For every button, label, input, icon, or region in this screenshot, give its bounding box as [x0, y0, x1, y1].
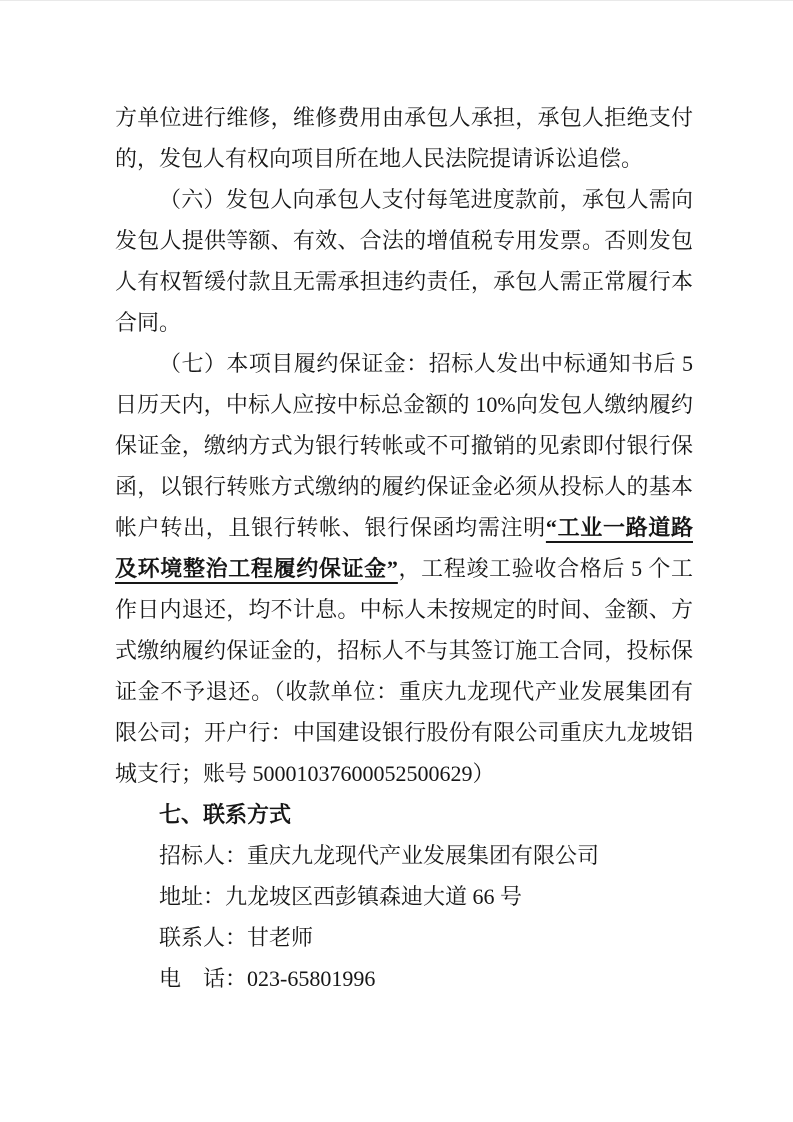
contact-line-phone: 电 话：023-65801996 — [115, 958, 693, 999]
document-content: 方单位进行维修，维修费用由承包人承担，承包人拒绝支付的，发包人有权向项目所在地人… — [115, 97, 693, 999]
section-heading-contact-info: 七、联系方式 — [115, 794, 693, 835]
page-top-edge — [0, 0, 793, 1]
paragraph-clause-seven-performance-bond: （七）本项目履约保证金：招标人发出中标通知书后 5 日历天内，中标人应按中标总金… — [115, 343, 693, 794]
contact-line-tenderer: 招标人：重庆九龙现代产业发展集团有限公司 — [115, 835, 693, 876]
paragraph-repair-liability-continuation: 方单位进行维修，维修费用由承包人承担，承包人拒绝支付的，发包人有权向项目所在地人… — [115, 97, 693, 179]
contact-line-address: 地址：九龙坡区西彭镇森迪大道 66 号 — [115, 876, 693, 917]
contact-line-person: 联系人：甘老师 — [115, 917, 693, 958]
clause-seven-text-after: ，工程竣工验收合格后 5 个工作日内退还，均不计息。中标人未按规定的时间、金额、… — [115, 556, 693, 786]
paragraph-clause-six-invoice: （六）发包人向承包人支付每笔进度款前，承包人需向发包人提供等额、有效、合法的增值… — [115, 179, 693, 343]
clause-seven-text-before: （七）本项目履约保证金：招标人发出中标通知书后 5 日历天内，中标人应按中标总金… — [115, 351, 693, 540]
document-page: 方单位进行维修，维修费用由承包人承担，承包人拒绝支付的，发包人有权向项目所在地人… — [0, 0, 793, 1122]
